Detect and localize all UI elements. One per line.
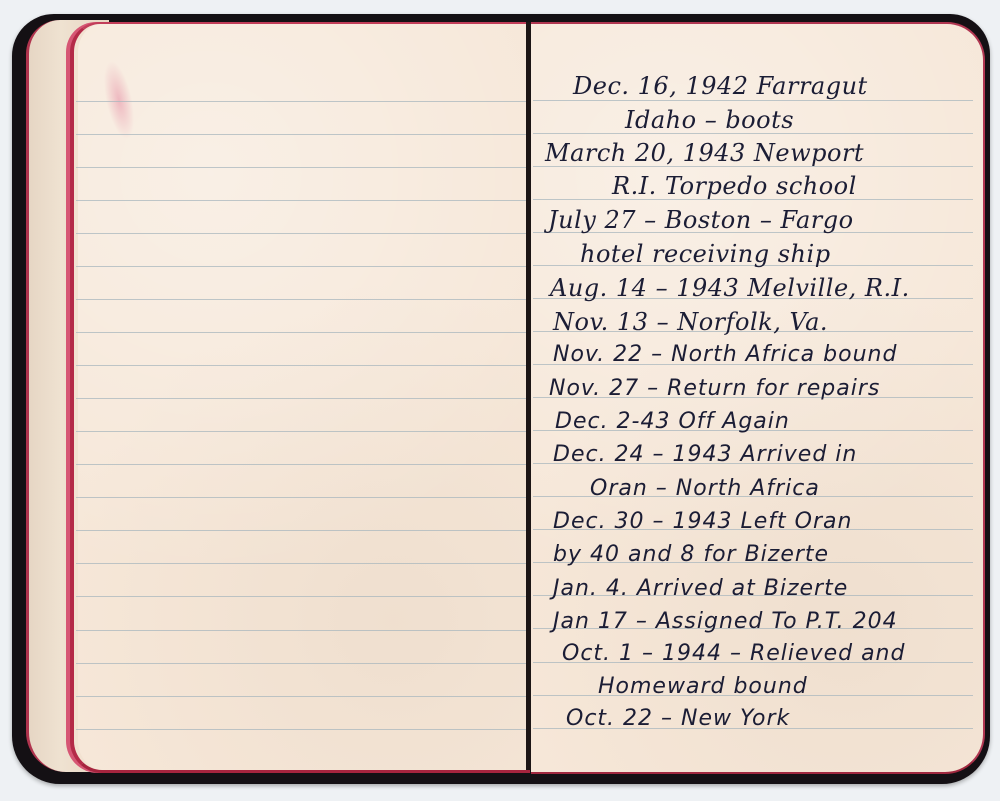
entry-line: Jan 17 – Assigned To P.T. 204	[553, 609, 898, 634]
rule-line	[76, 729, 526, 730]
entry-line: Nov. 22 – North Africa bound	[553, 342, 897, 367]
entry-line: Idaho – boots	[625, 106, 794, 134]
entry-line: Aug. 14 – 1943 Melville, R.I.	[550, 274, 910, 302]
rule-line	[76, 696, 526, 697]
entry-line: March 20, 1943 Newport	[545, 139, 864, 167]
entry-line: Nov. 27 – Return for repairs	[549, 376, 880, 401]
rule-line	[533, 100, 973, 101]
rule-line	[76, 200, 526, 201]
rule-line	[76, 134, 526, 135]
rule-line	[76, 596, 526, 597]
entry-line: R.I. Torpedo school	[612, 172, 857, 200]
entry-line: Dec. 16, 1942 Farragut	[573, 72, 868, 100]
entry-line: hotel receiving ship	[580, 240, 831, 268]
entry-line: Oran – North Africa	[590, 476, 820, 501]
entry-line: Oct. 22 – New York	[566, 706, 790, 731]
entry-line: Dec. 24 – 1943 Arrived in	[553, 442, 857, 467]
rule-line	[76, 167, 526, 168]
entry-line: Nov. 13 – Norfolk, Va.	[553, 308, 828, 336]
rule-line	[76, 299, 526, 300]
entry-line: Jan. 4. Arrived at Bizerte	[553, 576, 848, 601]
entry-line: Dec. 2-43 Off Again	[555, 409, 790, 434]
entry-line: Oct. 1 – 1944 – Relieved and	[562, 641, 905, 666]
rule-line	[76, 663, 526, 664]
rule-line	[76, 431, 526, 432]
rule-line	[76, 332, 526, 333]
rule-line	[76, 464, 526, 465]
rule-line	[76, 101, 526, 102]
rule-line	[76, 398, 526, 399]
entry-line: Homeward bound	[598, 674, 808, 699]
rule-line	[76, 365, 526, 366]
entry-line: July 27 – Boston – Fargo	[548, 206, 854, 234]
rule-line	[76, 497, 526, 498]
rule-line	[76, 630, 526, 631]
rule-line	[76, 563, 526, 564]
entry-line: by 40 and 8 for Bizerte	[553, 542, 829, 567]
entry-line: Dec. 30 – 1943 Left Oran	[553, 509, 852, 534]
rule-line	[76, 530, 526, 531]
rule-line	[76, 266, 526, 267]
rule-line	[76, 233, 526, 234]
